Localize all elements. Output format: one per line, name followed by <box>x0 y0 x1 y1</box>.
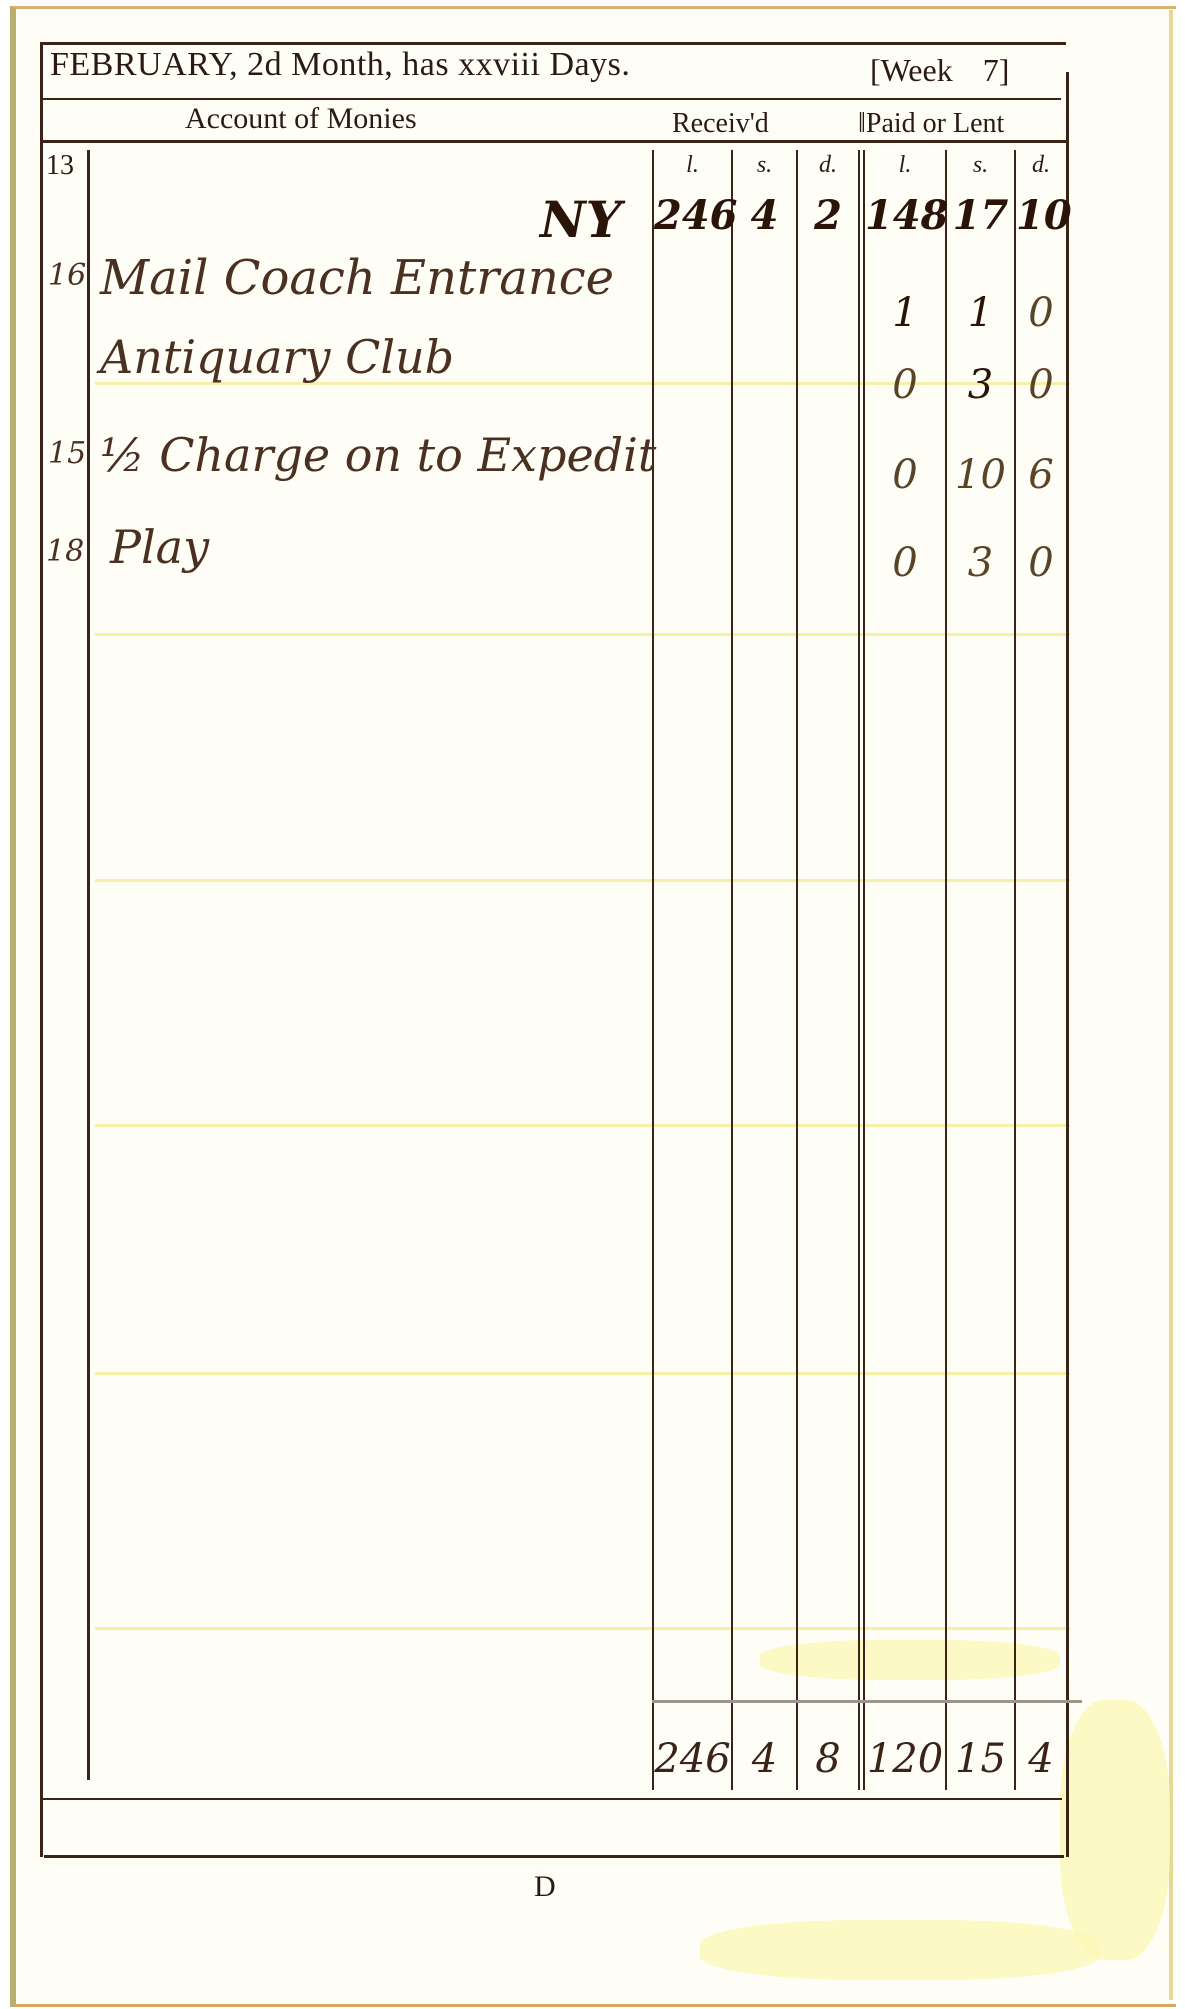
entry-description: Antiquary Club <box>100 330 454 384</box>
received-d-rule <box>796 150 798 1790</box>
entry-description: Mail Coach Entrance <box>100 250 614 306</box>
paid-double-rule-a <box>858 150 860 1790</box>
received-d: 2 <box>798 192 858 239</box>
paid-d: 10 <box>1016 192 1066 239</box>
total-received-s: 4 <box>733 1736 796 1782</box>
received-s: 4 <box>733 192 796 239</box>
bracket-right: ] <box>999 52 1010 88</box>
paid-s-head: s. <box>947 152 1014 179</box>
paid-l-head: l. <box>865 152 945 179</box>
total-received-l: 246 <box>654 1736 731 1782</box>
total-paid-l: 120 <box>865 1736 945 1782</box>
paper-stain <box>1060 1700 1170 1960</box>
paid-l: 1 <box>865 290 945 336</box>
paid-d: 0 <box>1016 362 1066 408</box>
entry-day: 15 <box>48 436 86 471</box>
title-bottom-rule <box>41 98 1061 100</box>
paid-d: 0 <box>1016 290 1066 336</box>
entry-description: Play <box>110 520 209 574</box>
frame-left <box>40 42 43 1857</box>
paid-s: 10 <box>947 452 1014 498</box>
faint-ruling <box>95 879 1070 882</box>
entry-day: 18 <box>46 534 84 569</box>
received-s-rule <box>731 150 733 1790</box>
total-received-d: 8 <box>798 1736 858 1782</box>
faint-ruling <box>95 1372 1070 1375</box>
paid-d: 0 <box>1016 540 1066 586</box>
received-l-head: l. <box>654 152 731 179</box>
frame-right <box>1066 72 1069 1857</box>
paid-s: 17 <box>947 192 1014 239</box>
entry-description: ½ Charge on to Expedit <box>100 428 656 482</box>
week-label: Week <box>881 52 953 88</box>
faint-ruling <box>95 1627 1070 1630</box>
received-l: 246 <box>654 192 731 239</box>
page-edge <box>1169 10 1173 2000</box>
week-number: 7 <box>983 52 999 88</box>
paid-l: 0 <box>865 540 945 586</box>
faint-ruling <box>95 1124 1070 1127</box>
week-box: [Week 7] <box>870 52 1009 89</box>
paid-d-head: d. <box>1016 152 1066 179</box>
paid-header: ‖Paid or Lent <box>858 108 1004 140</box>
signature-mark: D <box>534 1870 556 1904</box>
paid-d: 6 <box>1016 452 1066 498</box>
paid-l: 148 <box>865 192 945 239</box>
received-header: Receiv'd <box>672 108 769 140</box>
page-title: FEBRUARY, 2d Month, has xxviii Days. <box>50 46 630 84</box>
day-column-rule <box>87 150 90 1780</box>
received-s-head: s. <box>733 152 796 179</box>
title-top-rule <box>41 42 1066 45</box>
account-header: Account of Monies <box>185 102 417 136</box>
paid-s: 1 <box>947 290 1014 336</box>
paid-s: 3 <box>947 540 1014 586</box>
totals-bottom-rule <box>40 1798 1062 1800</box>
frame-bottom-rule <box>44 1855 1064 1858</box>
received-l-rule <box>652 150 654 1790</box>
total-paid-s: 15 <box>947 1736 1014 1782</box>
entry-description: NY <box>540 190 621 249</box>
entry-day: 16 <box>48 258 86 293</box>
paid-l: 0 <box>865 452 945 498</box>
first-day-number: 13 <box>46 150 74 182</box>
paid-s: 3 <box>947 362 1014 408</box>
paid-header-label: Paid or Lent <box>866 108 1004 139</box>
header-bottom-rule <box>41 140 1066 143</box>
paid-l: 0 <box>865 362 945 408</box>
totals-rule <box>652 1700 1082 1703</box>
faint-ruling <box>95 633 1070 636</box>
received-d-head: d. <box>798 152 858 179</box>
bracket-left: [ <box>870 52 881 88</box>
total-paid-d: 4 <box>1016 1736 1066 1782</box>
paper-stain <box>700 1920 1100 1980</box>
